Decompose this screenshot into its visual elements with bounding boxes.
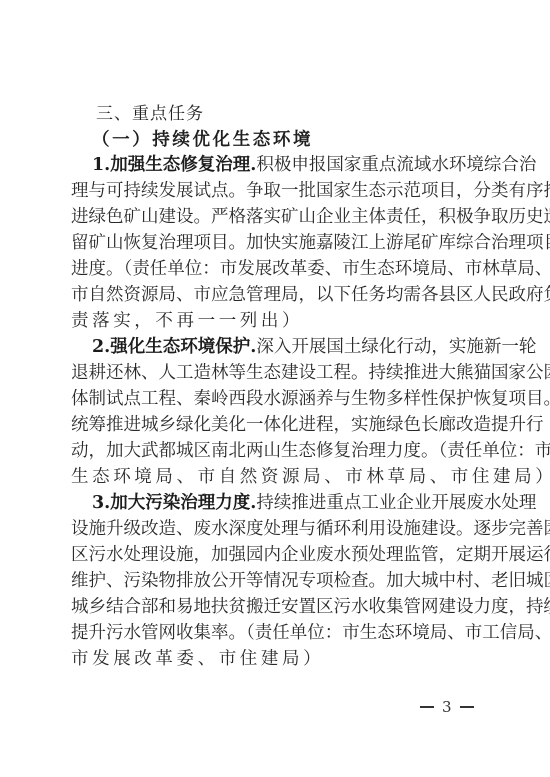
item-1-line: 责落实，不再一一列出） xyxy=(71,309,478,333)
item-1-text: 积极申报国家重点流域水环境综合治 xyxy=(256,155,536,175)
page-number: 3 xyxy=(420,697,474,717)
item-2-line: 统筹推进城乡绿化美化一体化进程，实施绿色长廊改造提升行 xyxy=(71,413,478,437)
item-2-line: 动，加大武都城区南北两山生态修复治理力度。（责任单位：市 xyxy=(71,439,478,463)
item-3-line: 市发展改革委、市住建局） xyxy=(71,647,478,671)
item-3-line: 维护、污染物排放公开等情况专项检查。加大城中村、老旧城区、 xyxy=(71,569,478,593)
item-1-line: 市自然资源局、市应急管理局，以下任务均需各县区人民政府负 xyxy=(71,283,478,307)
item-1-line: 进绿色矿山建设。严格落实矿山企业主体责任，积极争取历史遗 xyxy=(71,205,478,229)
item-3-title: 3.加大污染治理力度. xyxy=(92,493,256,513)
dash-left xyxy=(420,706,434,708)
document-page: 三、重点任务 （一）持续优化生态环境 1.加强生态修复治理.积极申报国家重点流域… xyxy=(0,0,550,777)
item-2-title: 2.强化生态环境保护. xyxy=(92,337,256,357)
item-1-line: 留矿山恢复治理项目。加快实施嘉陵江上游尾矿库综合治理项目 xyxy=(71,231,478,255)
item-3-first-line: 3.加大污染治理力度.持续推进重点工业企业开展废水处理 xyxy=(92,491,478,515)
item-1-line: 理与可持续发展试点。争取一批国家生态示范项目，分类有序推 xyxy=(71,179,478,203)
item-3-line: 城乡结合部和易地扶贫搬迁安置区污水收集管网建设力度，持续 xyxy=(71,595,478,619)
item-1-first-line: 1.加强生态修复治理.积极申报国家重点流域水环境综合治 xyxy=(92,153,478,177)
dash-right xyxy=(460,706,474,708)
item-2-first-line: 2.强化生态环境保护.深入开展国土绿化行动，实施新一轮 xyxy=(92,335,478,359)
item-1-title: 1.加强生态修复治理. xyxy=(92,155,256,175)
item-1-line: 进度。（责任单位：市发展改革委、市生态环境局、市林草局、 xyxy=(71,257,478,281)
subsection-heading: （一）持续优化生态环境 xyxy=(92,128,313,152)
item-2-line: 退耕还林、人工造林等生态建设工程。持续推进大熊猫国家公园 xyxy=(71,361,478,385)
item-3-line: 提升污水管网收集率。（责任单位：市生态环境局、市工信局、 xyxy=(71,621,478,645)
item-3-text: 持续推进重点工业企业开展废水处理 xyxy=(256,493,536,513)
item-2-text: 深入开展国土绿化行动，实施新一轮 xyxy=(256,337,536,357)
page-number-value: 3 xyxy=(442,697,452,717)
section-heading: 三、重点任务 xyxy=(96,102,204,126)
item-3-line: 区污水处理设施，加强园内企业废水预处理监管，定期开展运行 xyxy=(71,543,478,567)
item-3-line: 设施升级改造、废水深度处理与循环利用设施建设。逐步完善园 xyxy=(71,517,478,541)
item-2-line: 体制试点工程、秦岭西段水源涵养与生物多样性保护恢复项目。 xyxy=(71,387,478,411)
item-2-line: 生态环境局、市自然资源局、市林草局、市住建局） xyxy=(71,465,478,489)
